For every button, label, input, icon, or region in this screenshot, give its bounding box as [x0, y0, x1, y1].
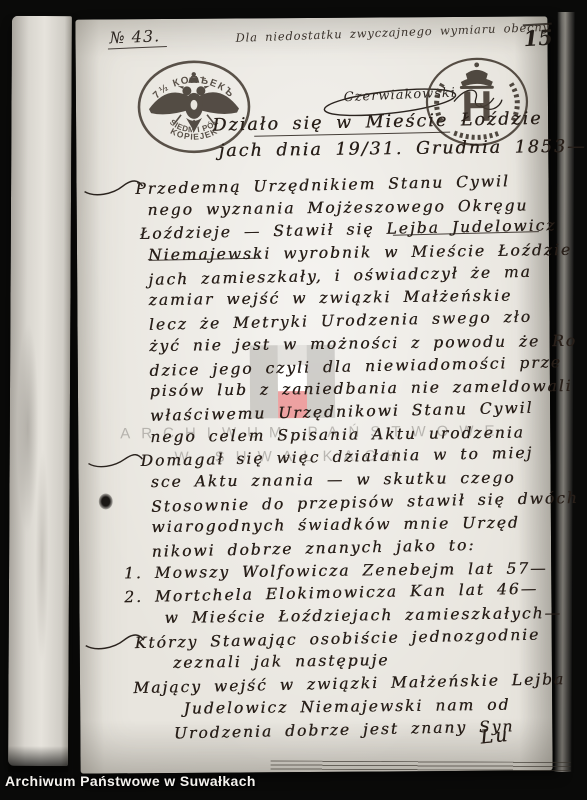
- binding-edge-lines: [271, 760, 571, 771]
- act-number-annotation: № 43.: [107, 26, 166, 49]
- paragraph-flourish-icon: [82, 177, 144, 197]
- top-annotation: Dla niedostatku zwyczajnego wymiaru obec…: [235, 20, 545, 45]
- ink-blot: [99, 493, 113, 509]
- paragraph-flourish-icon: [86, 451, 144, 469]
- manuscript-line: jach dnia 19/31. Grudnia 1853—: [219, 137, 543, 168]
- folio-number: 15: [523, 23, 554, 52]
- paragraph-flourish-icon: [84, 631, 146, 651]
- scanned-document-viewer: № 43. Dla niedostatku zwyczajnego wymiar…: [0, 0, 587, 800]
- page-scan: № 43. Dla niedostatku zwyczajnego wymiar…: [75, 16, 552, 773]
- archive-watermark-bar: Archiwum Państwowe w Suwałkach: [5, 773, 256, 789]
- manuscript-text: Działo się w Mieście Łoździejach dnia 19…: [112, 110, 550, 768]
- adjacent-page-edge: [8, 16, 72, 766]
